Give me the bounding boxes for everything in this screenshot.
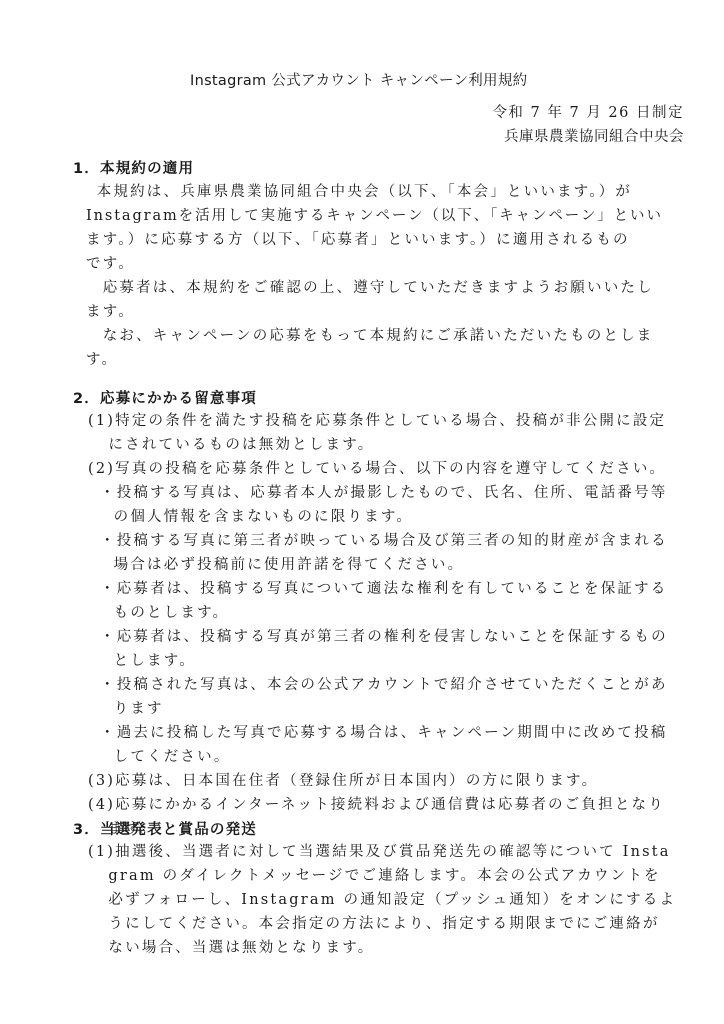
bullet-line: ・過去に投稿した写真で応募する場合は、キャンペーン期間中に改めて投稿	[100, 724, 668, 742]
bullet-line: ・応募者は、投稿する写真が第三者の権利を侵害しないことを保証するもの	[100, 628, 668, 646]
section-heading: 3．当選発表と賞品の発送	[73, 821, 257, 839]
list-item-line: (1)抽選後、当選者に対して当選結果及び賞品発送先の確認等について Insta	[88, 843, 671, 861]
list-item-line: (4)応募にかかるインターネット接続料および通信費は応募者のご負担となり	[88, 796, 665, 814]
bullet-line: とします。	[100, 652, 196, 670]
bullet-line: の個人情報を含まないものに限ります。	[100, 508, 413, 526]
list-item-line: 必ずフォローし、Instagram の通知設定（プッシュ通知）をオンにするよ	[88, 891, 676, 909]
paragraph-line: です。	[86, 255, 135, 273]
bullet-line: ものとします。	[100, 604, 229, 622]
list-item-line: (2)写真の投稿を応募条件としている場合、以下の内容を遵守してください。	[88, 460, 666, 478]
document-title: Instagram 公式アカウント キャンペーン利用規約	[190, 72, 527, 90]
paragraph-line: ます。）に応募する方（以下、「応募者」といいます。）に適用されるもの	[86, 231, 630, 249]
paragraph-line: す。	[86, 351, 118, 369]
bullet-line: 場合は必ず投稿前に使用許諾を得てください。	[100, 556, 464, 574]
list-item-line: (3)応募は、日本国在住者（登録住所が日本国内）の方に限ります。	[88, 772, 598, 790]
paragraph-line: ます。	[86, 303, 135, 321]
list-item-line: うにしてください。本会指定の方法により、指定する期限までにご連絡が	[88, 915, 660, 933]
enactment-date: 令和 7 年 7 月 26 日制定	[492, 104, 684, 122]
list-item-line: ない場合、当選は無効となります。	[88, 939, 374, 957]
list-item-line: (1)特定の条件を満たす投稿を応募条件としている場合、投稿が非公開に設定	[88, 412, 666, 430]
bullet-line: ・投稿する写真に第三者が映っている場合及び第三者の知的財産が含まれる	[100, 532, 668, 550]
bullet-line: ・投稿する写真は、応募者本人が撮影したもので、氏名、住所、電話番号等	[100, 484, 668, 502]
document-page: Instagram 公式アカウント キャンペーン利用規約 令和 7 年 7 月 …	[0, 0, 724, 1024]
section-heading: 2．応募にかかる留意事項	[73, 390, 257, 408]
paragraph-line: 本規約は、兵庫県農業協同組合中央会（以下、「本会」といいます。）が	[80, 183, 632, 201]
issuer-name: 兵庫県農業協同組合中央会	[504, 128, 684, 146]
paragraph-line: 応募者は、本規約をご確認の上、遵守していただきますようお願いいたし	[86, 279, 654, 297]
bullet-line: ・投稿された写真は、本会の公式アカウントで紹介させていただくことがあ	[100, 676, 668, 694]
bullet-line: してください。	[100, 748, 231, 766]
paragraph-line: Instagramを活用して実施するキャンペーン（以下、「キャンペーン」といい	[86, 207, 663, 225]
section-heading: 1．本規約の適用	[73, 160, 194, 178]
list-item-line: にされているものは無効とします。	[88, 436, 374, 454]
list-item-line: gram のダイレクトメッセージでご連絡します。本会の公式アカウントを	[88, 867, 661, 885]
bullet-line: ・応募者は、投稿する写真について適法な権利を有していることを保証する	[100, 580, 668, 598]
paragraph-line: なお、キャンペーンの応募をもって本規約にご承諾いただいたものとしま	[86, 327, 654, 345]
bullet-line: ります	[100, 700, 164, 718]
